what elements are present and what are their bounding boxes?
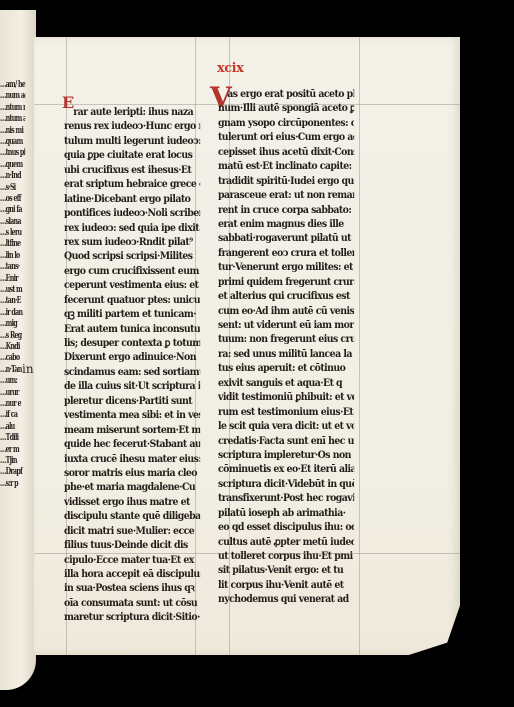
- text-line: scriptura dicit·Videbūt in quē: [218, 477, 354, 491]
- text-line: Quod scripsi scripsi·Milites: [64, 249, 200, 263]
- text-line: tulum multi legerunt iudeoↄ:: [64, 134, 200, 148]
- text-line: Dixerunt ergo adinuice·Non: [64, 350, 200, 364]
- text-line: …if ca: [0, 410, 25, 421]
- text-column-left: rar aute leripti: ihus nazarenus rex iud…: [64, 105, 212, 625]
- text-line: …nur e: [0, 399, 25, 410]
- text-line: sabbati·rogaverunt pilatū ut: [218, 231, 354, 245]
- text-line: quia ꝑpe ciuitate erat locus: [64, 148, 200, 162]
- text-line: in sua·Postea sciens ihus qꝛ: [64, 581, 200, 595]
- text-line: ut tolleret corpus ihu·Et pmi: [218, 549, 354, 563]
- text-line: soror matris eius maria cleo: [64, 466, 200, 480]
- text-line: …num ad: [0, 91, 25, 102]
- text-line: transfixerunt·Post hec rogavit: [218, 491, 354, 505]
- text-line: …os eff: [0, 194, 25, 205]
- text-line: scriptura impleretur·Os non: [218, 448, 354, 462]
- text-line: matū est·Et inclinato capite:: [218, 159, 354, 173]
- text-line: meam miserunt sortem·Et milites: [64, 423, 200, 437]
- text-line: frangerent eoↄ crura et tolleret: [218, 246, 354, 260]
- text-line: …alu: [0, 422, 25, 433]
- text-line: discipulu stante quē diligebat:: [64, 509, 200, 523]
- text-line: …gni fa: [0, 205, 25, 216]
- text-line: maretur scriptura dicit·Sitio·: [64, 610, 200, 624]
- text-line: …nis mi: [0, 126, 25, 137]
- text-line: ra: sed unus militū lancea la: [218, 347, 354, 361]
- text-line: lit corpus ihu·Venit autē et: [218, 578, 354, 592]
- text-line: sent: ut viderunt eū iam mor: [218, 318, 354, 332]
- text-line: tur·Venerunt ergo milites: et: [218, 260, 354, 274]
- text-column-right: as ergo erat positū aceto plenum·Illi au…: [218, 87, 366, 607]
- text-line: sit pilatus·Venit ergo: et tu: [218, 563, 354, 577]
- text-line: …ntum nu: [0, 103, 25, 114]
- text-line: …n·Ind: [0, 171, 25, 182]
- text-line: …urur: [0, 388, 25, 399]
- text-line: credatis·Facta sunt enī hec ut: [218, 434, 354, 448]
- text-line: …Tdili: [0, 433, 25, 444]
- text-line: erat enim magnus dies ille: [218, 217, 354, 231]
- facing-page-text: …am/ he…num ad…ntum nu…ntum a…nis mi…qua…: [0, 80, 36, 490]
- text-line: …s:r p: [0, 479, 25, 490]
- text-line: quide hec fecerut·Stabant aut: [64, 437, 200, 451]
- text-line: …slana: [0, 217, 25, 228]
- text-line: tradidit spiritū·Iudei ergo quō: [218, 174, 354, 188]
- text-line: vestimenta mea sibi: et in vestem: [64, 408, 200, 422]
- text-line: cum eo·Ad ihm autē cū venis: [218, 304, 354, 318]
- text-line: …quam: [0, 137, 25, 148]
- text-line: pontifices iudeoↄ·Noli scribere: [64, 206, 200, 220]
- text-line: tuum: non fregerunt eius cru: [218, 332, 354, 346]
- text-line: illa hora accepit eā discipulus: [64, 567, 200, 581]
- text-line: rex iudeoↄ: sed quia ipe dixit: [64, 221, 200, 235]
- text-line: rum est testimonium eius·Et il: [218, 405, 354, 419]
- text-line: gnam ysopo circūponentes: ob: [218, 116, 354, 130]
- text-line: rex sum iudeoↄ·Rndit pilat⁹: [64, 235, 200, 249]
- text-line: …quem: [0, 160, 25, 171]
- text-line: pleretur dicens·Partiti sunt: [64, 394, 200, 408]
- text-line: …s·Si: [0, 183, 25, 194]
- text-line: lis; desuper contexta ꝑ totum·: [64, 336, 200, 350]
- text-line: num·Illi autē spongiā aceto ꝑ: [218, 101, 354, 115]
- text-line: …Drapf: [0, 467, 25, 478]
- text-line: …Enir: [0, 274, 25, 285]
- text-line: cipulo·Ecce mater tua·Et ex: [64, 553, 200, 567]
- text-line: …um:: [0, 376, 25, 387]
- text-line: …tans·: [0, 262, 25, 273]
- text-line: cōminuetis ex eo·Et iterū alia: [218, 462, 354, 476]
- text-line: Erat autem tunica inconsutu: [64, 322, 200, 336]
- text-line: …Tjin: [0, 456, 25, 467]
- text-line: de illa cuius sit·Ut scriptura i: [64, 379, 200, 393]
- text-line: vidisset ergo ihus matre et: [64, 495, 200, 509]
- text-line: le scit quia vera dicit: ut et vos: [218, 419, 354, 433]
- text-line: exivit sanguis et aqua·Et q: [218, 376, 354, 390]
- text-line: fecerunt quatuor ptes: unicui: [64, 293, 200, 307]
- text-line: et alterius qui crucifixus est: [218, 289, 354, 303]
- text-line: iuxta crucē ihesu mater eius: et: [64, 452, 200, 466]
- facing-page-verso: …am/ he…num ad…ntum nu…ntum a…nis mi…qua…: [0, 10, 36, 690]
- text-line: tulerunt ori eius·Cum ergo ac: [218, 130, 354, 144]
- text-line: dicit matri sue·Mulier: ecce: [64, 524, 200, 538]
- text-line: …s Reg: [0, 331, 25, 342]
- text-line: …mig: [0, 319, 25, 330]
- text-line: …am/ he: [0, 80, 25, 91]
- text-line: …s leru: [0, 228, 25, 239]
- text-line: ergo cum crucifixissent eum ac: [64, 264, 200, 278]
- text-line: cultus autē ꝓpter metū iudeoↄ:: [218, 535, 354, 549]
- text-line: filius tuus·Deinde dicit dis: [64, 538, 200, 552]
- text-line: primi quidem fregerunt crura:: [218, 275, 354, 289]
- text-line: erat sriptum hebraice grece et: [64, 177, 200, 191]
- text-line: …ntum a: [0, 114, 25, 125]
- text-line: …tan·E: [0, 296, 25, 307]
- text-line: pilatū ioseph ab arimathia·: [218, 506, 354, 520]
- manuscript-leaf: xcix E V rar aute leripti: ihus nazarenu…: [34, 37, 460, 655]
- text-line: ceperunt vestimenta eius: et: [64, 278, 200, 292]
- text-line: eo qd esset discipulus ihu: oc: [218, 520, 354, 534]
- text-line: …tnus pi: [0, 148, 25, 159]
- text-line: qꝫ militi partem et tunicam·: [64, 307, 200, 321]
- text-line: latine·Dicebant ergo pilato: [64, 192, 200, 206]
- text-line: phe·et maria magdalene·Cu: [64, 480, 200, 494]
- text-line: …Kndi: [0, 342, 25, 353]
- text-line: tus eius aperuit: et cōtinuo: [218, 361, 354, 375]
- text-line: as ergo erat positū aceto ple: [218, 87, 354, 101]
- text-line: …lin lo: [0, 251, 25, 262]
- text-line: …ust m: [0, 285, 25, 296]
- text-line: scindamus eam: sed sortiamur: [64, 365, 200, 379]
- text-line: rent in cruce corpa sabbato:: [218, 203, 354, 217]
- folio-number: xcix: [217, 61, 243, 76]
- text-line: rar aute leripti: ihus naza: [64, 105, 200, 119]
- text-line: …er m: [0, 445, 25, 456]
- text-line: parasceue erat: ut non remane: [218, 188, 354, 202]
- text-line: …ir dan: [0, 308, 25, 319]
- text-line: oīa consumata sunt: ut cōsu: [64, 596, 200, 610]
- text-line: nychodemus qui venerat ad: [218, 592, 354, 606]
- text-line: ubi crucifixus est ihesus·Et: [64, 163, 200, 177]
- text-line: renus rex iudeoↄ·Hunc ergo n: [64, 119, 200, 133]
- text-line: cepisset ihus acetū dixit·Consu: [218, 145, 354, 159]
- text-line: …ltfine: [0, 239, 25, 250]
- text-line: vidit testimoniū ꝑhibuit: et ve: [218, 390, 354, 404]
